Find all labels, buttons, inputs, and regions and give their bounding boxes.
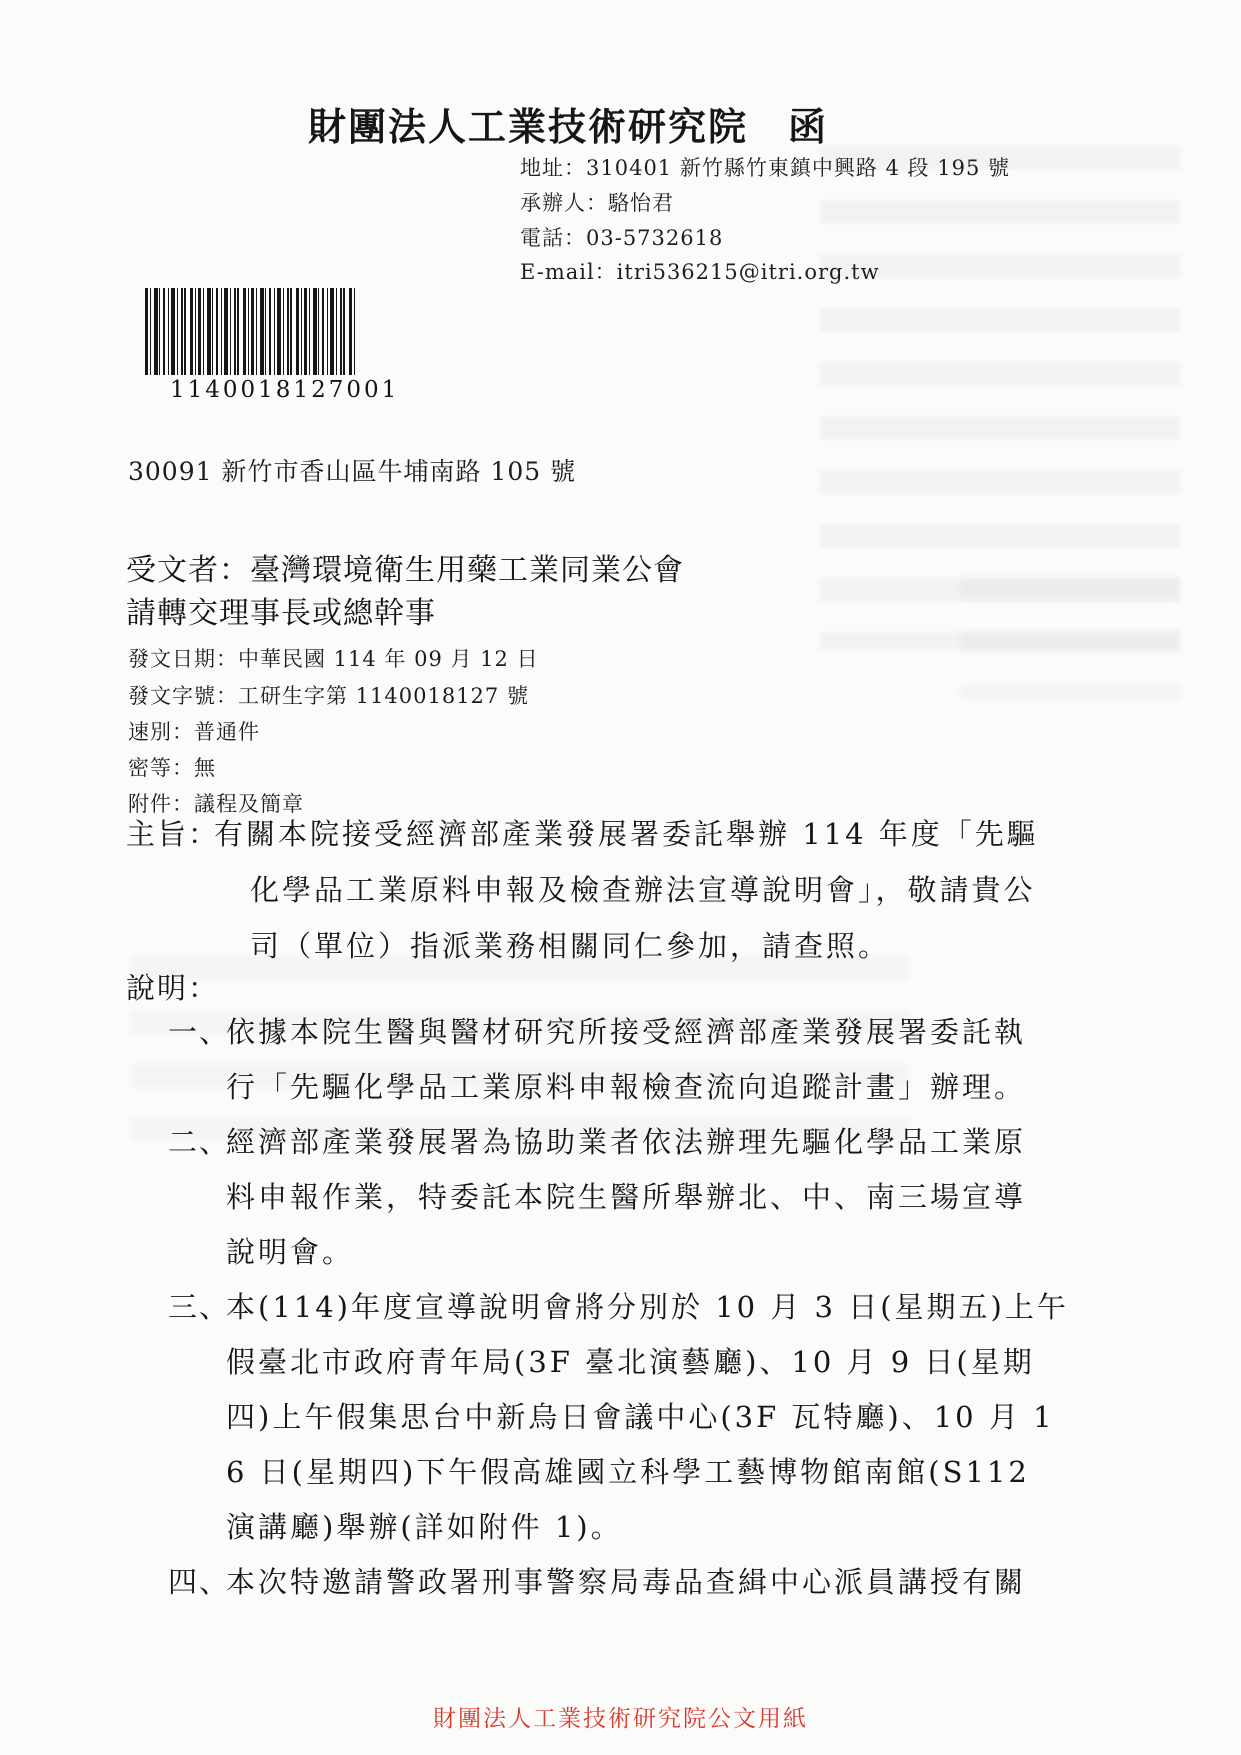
showthrough-ghost-right-mid	[960, 560, 1180, 700]
description-item-line: 依據本院生醫與醫材研究所接受經濟部產業發展署委託執	[226, 1010, 1026, 1051]
sender-address: 地址：310401 新竹縣竹東鎮中興路 4 段 195 號	[520, 152, 1010, 182]
document-number: 發文字號：工研生字第 1140018127 號	[128, 680, 529, 710]
document-page: 財團法人工業技術研究院 函 地址：310401 新竹縣竹東鎮中興路 4 段 19…	[0, 0, 1241, 1755]
description-item-label: 四、	[168, 1560, 230, 1601]
description-item-line: 本(114)年度宣導說明會將分別於 10 月 3 日(星期五)上午	[226, 1285, 1069, 1326]
sender-contact-person: 承辦人：駱怡君	[520, 187, 674, 217]
recipient-mail-address: 30091 新竹市香山區牛埔南路 105 號	[128, 452, 576, 488]
description-item-line: 四)上午假集思台中新烏日會議中心(3F 瓦特廳)、10 月 1	[226, 1395, 1055, 1436]
subject-line: 化學品工業原料申報及檢查辦法宣導說明會」，敬請貴公	[250, 868, 1036, 909]
description-item-line: 6 日(星期四)下午假高雄國立科學工藝博物館南館(S112	[226, 1450, 1030, 1491]
showthrough-ghost-top-right	[820, 130, 1180, 650]
security-level: 密等：無	[128, 752, 216, 782]
recipient-attn: 請轉交理事長或總幹事	[126, 588, 436, 632]
description-item-line: 行「先驅化學品工業原料申報檢查流向追蹤計畫」辦理。	[226, 1065, 1026, 1106]
description-item-label: 三、	[168, 1285, 230, 1326]
description-item-line: 料申報作業，特委託本院生醫所舉辦北、中、南三場宣導	[226, 1175, 1026, 1216]
description-item-line: 假臺北市政府青年局(3F 臺北演藝廳)、10 月 9 日(星期	[226, 1340, 1035, 1381]
description-item-label: 一、	[168, 1010, 230, 1051]
description-item-line: 演講廳)舉辦(詳如附件 1)。	[226, 1505, 623, 1546]
priority-level: 速別：普通件	[128, 716, 260, 746]
description-item-line: 本次特邀請警政署刑事警察局毒品查緝中心派員講授有關	[226, 1560, 1026, 1601]
subject-line: 有關本院接受經濟部產業發展署委託舉辦 114 年度「先驅	[214, 812, 1039, 853]
page-footer: 財團法人工業技術研究院公文用紙	[0, 1700, 1241, 1733]
barcode-number: 1140018127001	[170, 377, 399, 403]
description-item-line: 說明會。	[226, 1230, 354, 1271]
sender-phone: 電話：03-5732618	[520, 222, 723, 252]
barcode	[145, 288, 357, 375]
description-item-label: 二、	[168, 1120, 230, 1161]
description-heading: 說明：	[126, 966, 219, 1007]
recipient-name: 受文者：臺灣環境衛生用藥工業同業公會	[126, 545, 684, 589]
subject-line: 司（單位）指派業務相關同仁參加，請查照。	[250, 924, 890, 965]
subject-label: 主旨：	[126, 812, 219, 853]
page-title: 財團法人工業技術研究院 函	[308, 96, 828, 151]
description-item-line: 經濟部產業發展署為協助業者依法辦理先驅化學品工業原	[226, 1120, 1026, 1161]
issue-date: 發文日期：中華民國 114 年 09 月 12 日	[128, 643, 539, 673]
sender-email: E-mail：itri536215@itri.org.tw	[520, 256, 880, 286]
